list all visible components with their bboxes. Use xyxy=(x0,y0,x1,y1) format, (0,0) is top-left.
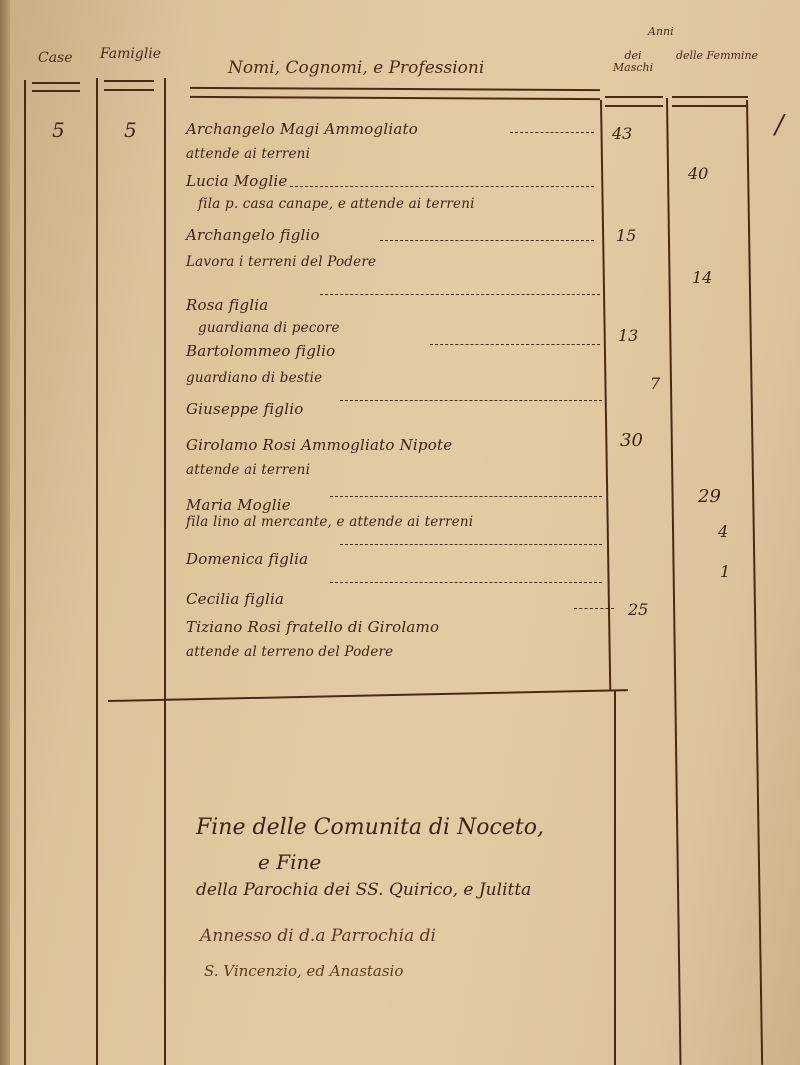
entry-name: Lucia Moglie xyxy=(186,172,287,190)
header-rule xyxy=(32,90,80,92)
header-famiglie: Famiglie xyxy=(100,46,161,62)
header-anni: Anni xyxy=(648,26,674,38)
closing-line-1: Fine delle Comunita di Noceto, xyxy=(196,815,544,840)
header-nomi: Nomi, Cognomi, e Professioni xyxy=(228,58,484,78)
dash-leader xyxy=(510,132,594,133)
dash-leader xyxy=(320,294,600,295)
header-rule xyxy=(32,82,80,84)
column-rule xyxy=(614,690,616,1065)
header-rule xyxy=(605,96,663,98)
dash-leader xyxy=(330,582,602,583)
column-rule xyxy=(24,80,26,1065)
male-age: 25 xyxy=(628,600,648,619)
entry-name: Giuseppe figlio xyxy=(186,400,303,418)
entry-occupation: guardiano di bestie xyxy=(186,370,322,386)
header-rule xyxy=(190,96,600,100)
header-case: Case xyxy=(38,50,73,66)
header-rule xyxy=(605,105,663,107)
dash-leader xyxy=(380,240,594,241)
entry-name: Bartolommeo figlio xyxy=(186,342,335,360)
entry-name: Archangelo Magi Ammogliato xyxy=(186,120,418,138)
female-age: 29 xyxy=(698,486,721,507)
entry-occupation: attende ai terreni xyxy=(186,146,310,162)
dash-leader xyxy=(290,186,594,187)
female-age: 14 xyxy=(692,268,712,287)
page-binding-edge xyxy=(0,0,10,1065)
dash-leader xyxy=(574,608,614,609)
female-age: 4 xyxy=(718,522,728,541)
female-age: 1 xyxy=(720,562,730,581)
entry-name: Maria Moglie xyxy=(186,496,291,514)
column-rule xyxy=(96,78,98,1065)
male-age: 15 xyxy=(616,226,636,245)
closing-line-5: S. Vincenzio, ed Anastasio xyxy=(204,962,403,980)
dash-leader xyxy=(340,544,602,545)
dash-leader xyxy=(330,496,602,497)
column-rule xyxy=(600,100,611,690)
entry-name: Archangelo figlio xyxy=(186,226,320,244)
male-age: 13 xyxy=(618,326,638,345)
entry-name: Domenica figlia xyxy=(186,550,308,568)
closing-line-4: Annesso di d.a Parrochia di xyxy=(200,926,436,946)
case-count: 5 xyxy=(52,118,65,142)
entry-occupation: attende ai terreni xyxy=(186,462,310,478)
column-rule xyxy=(164,78,166,1065)
header-rule xyxy=(104,80,154,82)
header-femmine: delle Femmine xyxy=(675,50,759,62)
entry-occupation: guardiana di pecore xyxy=(198,320,340,336)
header-rule xyxy=(104,89,154,91)
margin-mark: / xyxy=(775,110,784,140)
household-end-rule xyxy=(108,689,628,702)
closing-line-3: della Parochia dei SS. Quirico, e Julitt… xyxy=(196,880,531,900)
entry-name: Cecilia figlia xyxy=(186,590,284,608)
dash-leader xyxy=(430,344,600,345)
entry-name: Rosa figlia xyxy=(186,296,268,314)
header-maschi: dei Maschi xyxy=(605,50,661,74)
male-age: 30 xyxy=(620,430,643,451)
famiglie-count: 5 xyxy=(124,118,137,142)
column-rule xyxy=(666,98,682,1065)
entry-occupation: Lavora i terreni del Podere xyxy=(186,254,376,270)
dash-leader xyxy=(340,400,602,401)
entry-occupation: fila lino al mercante, e attende ai terr… xyxy=(186,514,473,530)
male-age: 7 xyxy=(650,374,660,393)
header-rule xyxy=(190,87,600,91)
closing-line-2: e Fine xyxy=(258,850,321,874)
header-rule xyxy=(672,105,748,107)
entry-occupation: attende al terreno del Podere xyxy=(186,644,393,660)
header-rule xyxy=(672,96,748,98)
entry-occupation: fila p. casa canape, e attende ai terren… xyxy=(198,196,475,212)
entry-name: Tiziano Rosi fratello di Girolamo xyxy=(186,618,439,636)
male-age: 43 xyxy=(612,124,632,143)
column-rule xyxy=(746,100,763,1065)
female-age: 40 xyxy=(688,164,708,183)
entry-name: Girolamo Rosi Ammogliato Nipote xyxy=(186,436,452,454)
